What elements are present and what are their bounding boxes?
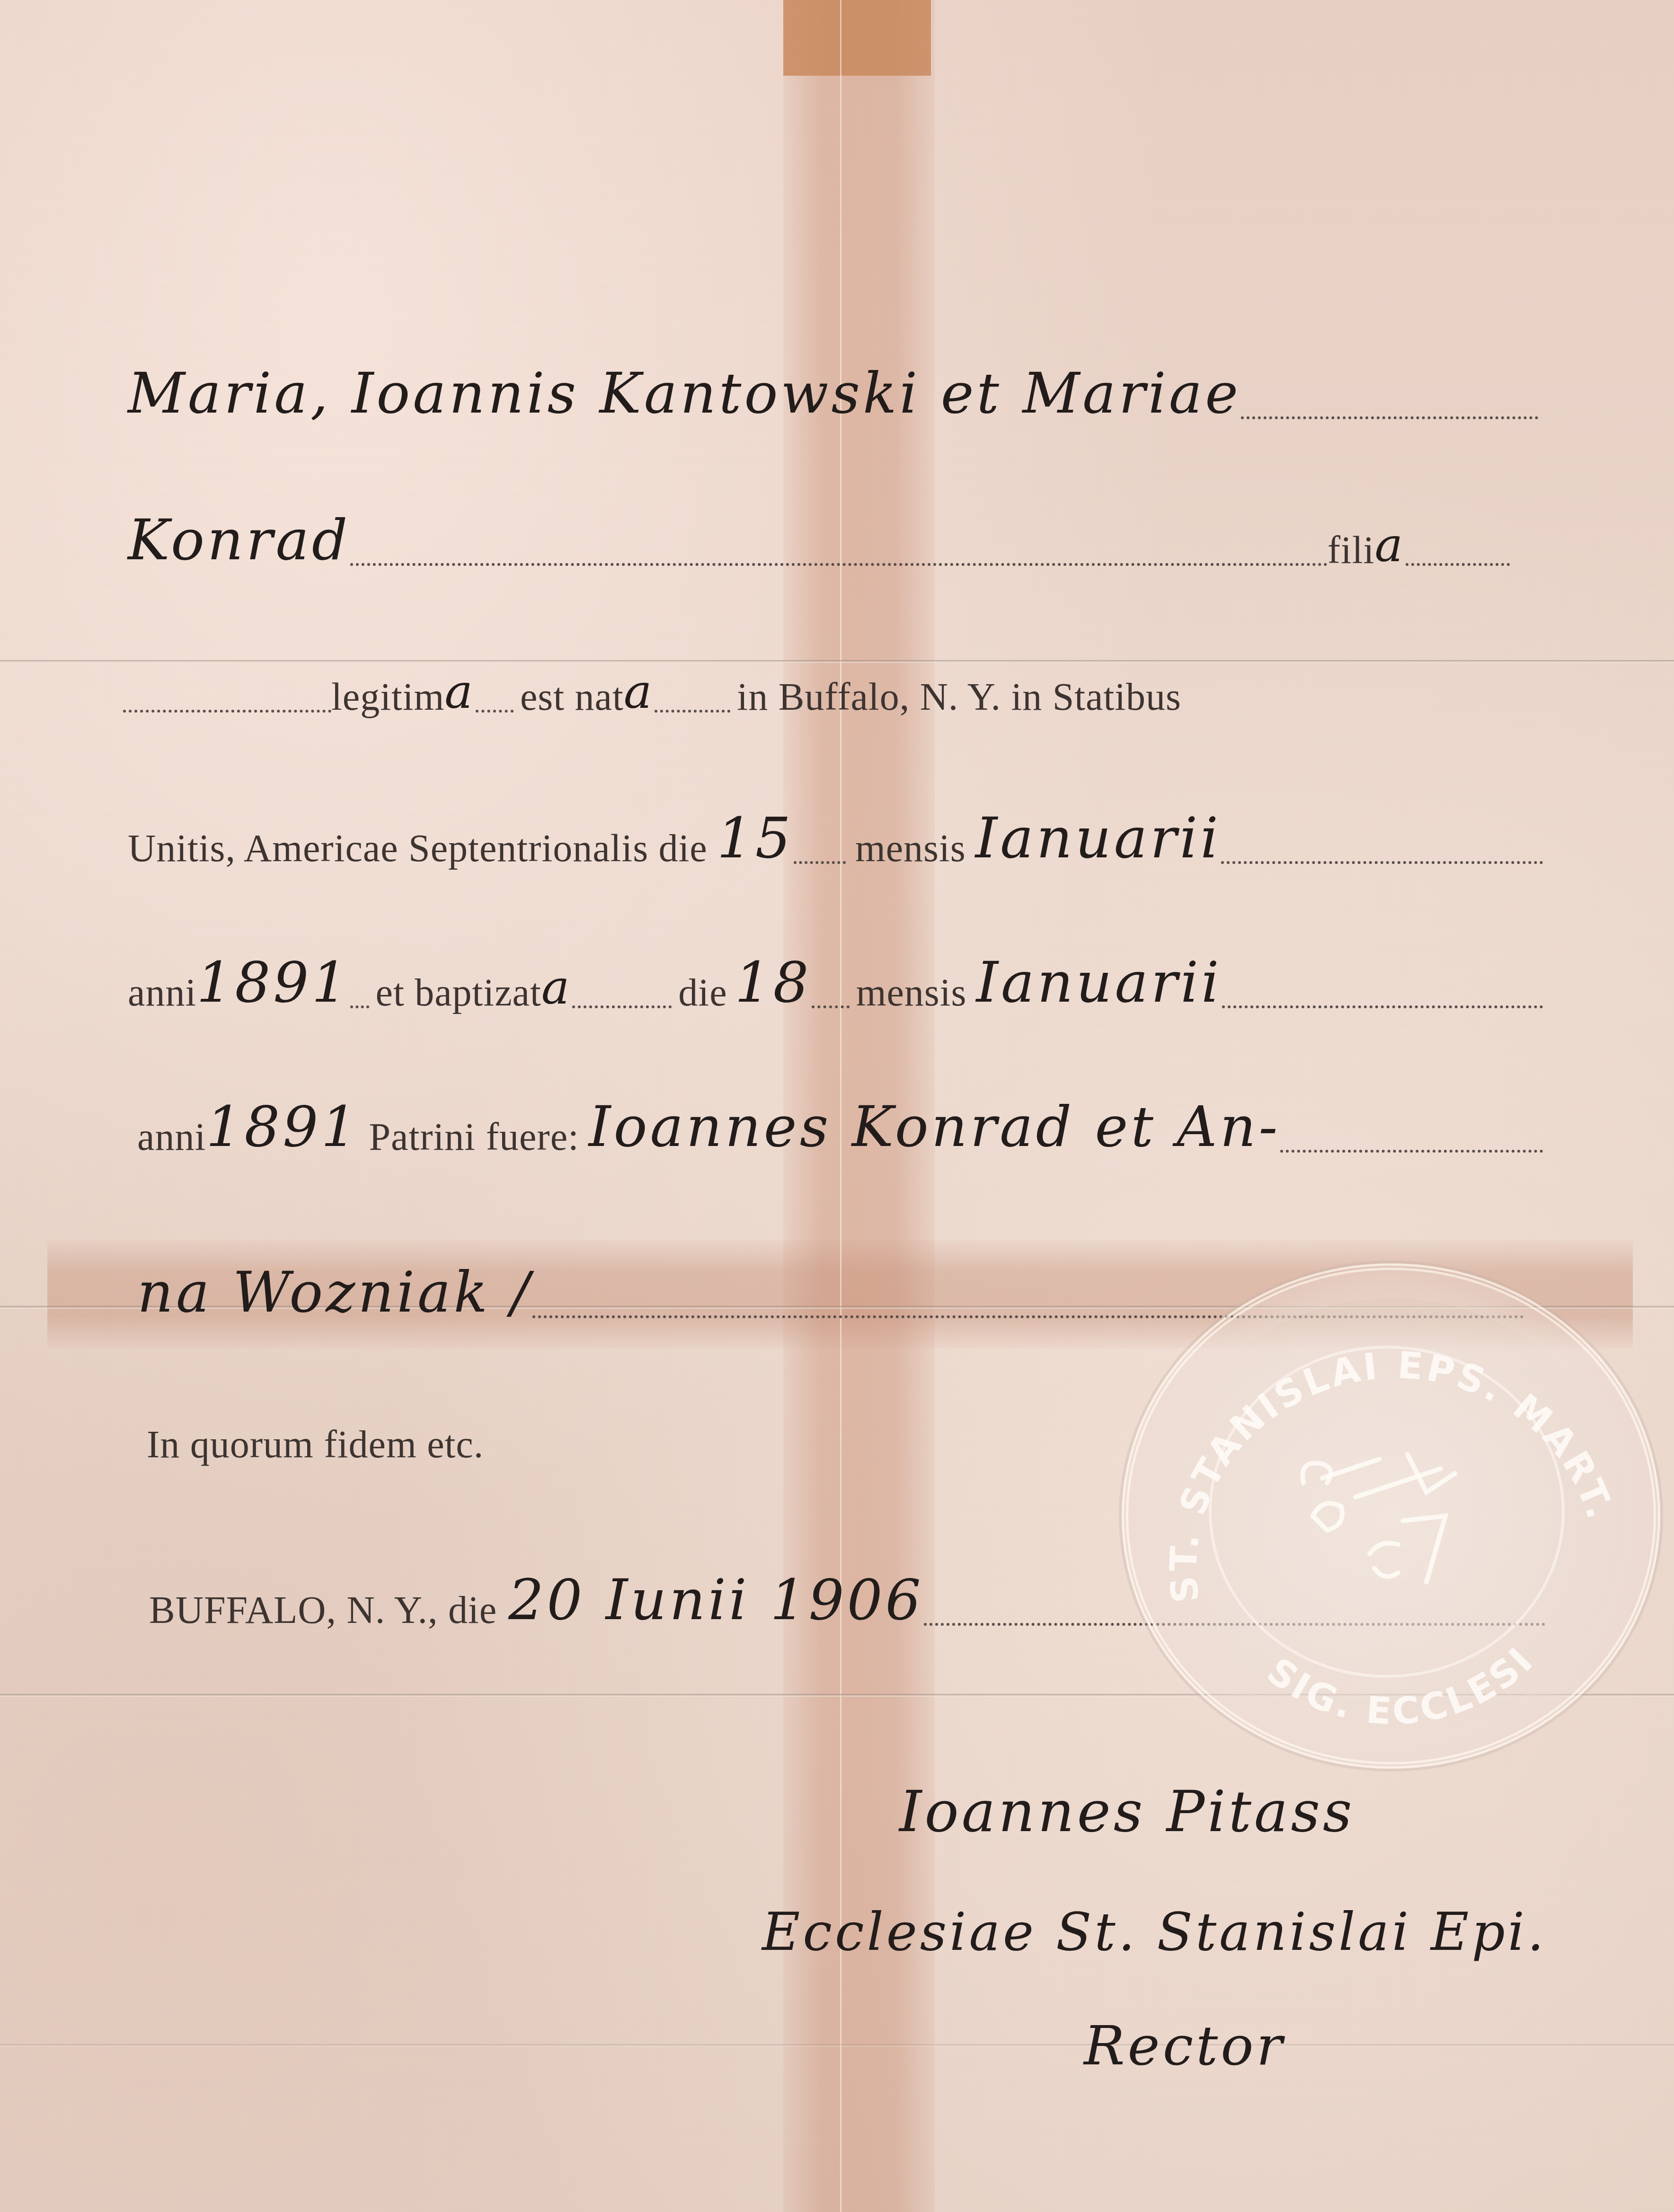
- line-parents: Maria, Ioannis Kantowski et Mariae: [128, 355, 1538, 426]
- in-quorum-fidem: In quorum fidem etc.: [147, 1422, 484, 1467]
- dotted-line: [572, 1005, 672, 1008]
- printed-patrini: Patrini fuere:: [369, 1115, 579, 1159]
- line-godparents: anni 1891 Patrini fuere: Ioannes Konrad …: [137, 1088, 1543, 1159]
- saint-figure-emboss: [1284, 1426, 1483, 1606]
- dotted-line: [655, 710, 730, 713]
- printed-mensis: mensis: [856, 970, 967, 1015]
- gender-suffix: a: [1374, 517, 1406, 573]
- line-in-quorum: In quorum fidem etc.: [147, 1415, 484, 1467]
- birth-day: 15: [717, 805, 794, 871]
- dotted-line: [350, 563, 1327, 566]
- baptism-month: Ianuarii: [976, 950, 1222, 1015]
- dotted-line: [812, 1005, 850, 1008]
- signature-block: Ioannes Pitass Ecclesiae St. Stanislai E…: [880, 1779, 1547, 2078]
- dotted-line: [476, 710, 514, 713]
- printed-anni: anni: [128, 970, 196, 1015]
- printed-place: in Buffalo, N. Y. in Statibus: [737, 675, 1181, 719]
- printed-est-nat: est nat: [520, 675, 624, 719]
- issue-date: 20 Iunii 1906: [508, 1567, 924, 1632]
- birth-year: 1891: [196, 950, 350, 1015]
- printed-mensis: mensis: [855, 826, 966, 871]
- birth-month: Ianuarii: [975, 805, 1221, 871]
- nata-suffix: a: [624, 664, 655, 719]
- godmother-surname: na Wozniak /: [137, 1260, 532, 1325]
- church-title: Ecclesiae St. Stanislai Epi.: [762, 1902, 1547, 1962]
- child-and-father-name: Maria, Ioannis Kantowski et Mariae: [128, 361, 1241, 426]
- embossed-church-seal: ST. STANISLAI EPS. MART. N. BUFFALO. SIG…: [1122, 1263, 1660, 1769]
- printed-buffalo: BUFFALO, N. Y., die: [149, 1588, 497, 1632]
- baptism-year: 1891: [206, 1094, 359, 1159]
- baptizata-suffix: a: [541, 960, 573, 1015]
- line-legitimacy: legitim a est nat a in Buffalo, N. Y. in…: [123, 653, 1533, 719]
- dotted-line: [794, 861, 846, 864]
- certificate-sheet: Maria, Ioannis Kantowski et Mariae Konra…: [0, 0, 1674, 2212]
- printed-unitis: Unitis, Americae Septentrionalis die: [128, 826, 708, 871]
- baptism-day: 18: [735, 950, 812, 1015]
- dotted-line: [123, 710, 331, 713]
- dotted-line: [1280, 1150, 1543, 1153]
- printed-die: die: [678, 970, 727, 1015]
- legitim-suffix: a: [444, 664, 476, 719]
- dotted-line: [1406, 563, 1510, 566]
- line-mother-surname: Konrad fili a: [128, 502, 1510, 573]
- line-baptism-date: anni 1891 et baptizat a die 18 mensis Ia…: [128, 944, 1543, 1015]
- dotted-line: [1241, 416, 1538, 419]
- rector-role: Rector: [1084, 2014, 1547, 2078]
- dotted-line: [350, 1005, 369, 1008]
- top-tape-piece: [783, 0, 931, 76]
- godparents-names: Ioannes Konrad et An-: [589, 1094, 1281, 1159]
- printed-legitim: legitim: [331, 675, 444, 719]
- printed-fili: fili: [1328, 528, 1375, 573]
- line-birth-date: Unitis, Americae Septentrionalis die 15 …: [128, 800, 1543, 871]
- dotted-line: [1221, 861, 1543, 864]
- mother-surname: Konrad: [128, 507, 350, 573]
- dotted-line: [1222, 1005, 1543, 1008]
- printed-anni: anni: [137, 1115, 206, 1159]
- rector-signature: Ioannes Pitass: [899, 1779, 1547, 1845]
- printed-baptizat: et baptizat: [376, 970, 541, 1015]
